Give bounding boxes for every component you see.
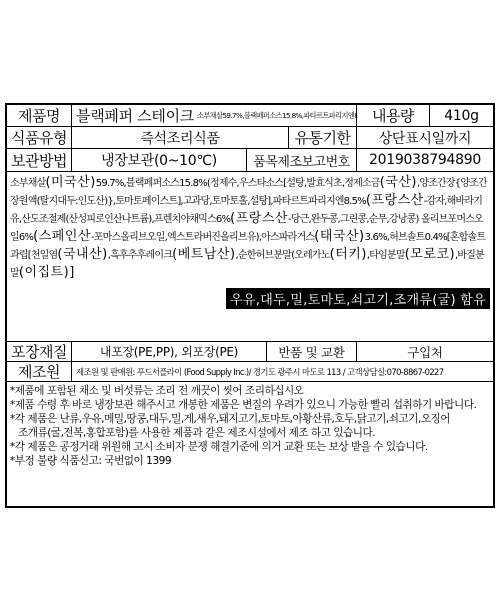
- ingredients-text: 소부채살(미국산)59.7%,블랙페퍼소스15.8%(정제수,우스타소스[설탕,…: [10, 174, 490, 282]
- storage-row: 보관방법 냉장보관(0~10℃) 품목제조보고번호 2019038794890: [7, 149, 493, 172]
- manufacturer-header: 제조원: [7, 362, 72, 381]
- packaging-row: 포장재질 내포장(PE,PP), 외포장(PE) 반품 및 교환 구입처: [7, 342, 493, 362]
- ingredient-origin: (프랑스산: [230, 211, 288, 226]
- storage-value: 냉장보관(0~10℃): [72, 149, 247, 171]
- manufacturer-row: 제조원 제조원 및 판매원: 푸드서플라이 (Food Supply Inc.)…: [7, 362, 493, 382]
- ingredient-segment: 소부채살: [10, 178, 45, 189]
- note-line: *제품 수령 후 바로 냉장보관 해주시고 개봉한 제품은 변질의 우려가 있으…: [10, 398, 490, 412]
- report-number-value: 2019038794890: [357, 149, 493, 171]
- ingredient-segment: 59.7%,블랙페퍼소스15.8%(정제수,우스타소스[설탕,발효식초,정제소금: [96, 178, 380, 189]
- notes-section: *제품에 포함된 채소 및 버섯류는 조리 전 깨끗이 씻어 조리하십시오 *제…: [7, 382, 493, 506]
- ingredient-origin: (모로코): [405, 247, 455, 262]
- packaging-value: 내포장(PE,PP), 외포장(PE): [72, 342, 267, 361]
- ingredient-segment: -포마스올리브오일,엑스트라버진올리브유),아스파라거스: [91, 232, 314, 243]
- food-type-row: 식품유형 즉석조리식품 유통기한 상단표시일까지: [7, 127, 493, 149]
- report-number-header: 품목제조보고번호: [247, 149, 357, 171]
- returns-header: 반품 및 교환: [267, 342, 357, 361]
- ingredient-origin: (터키): [330, 247, 367, 262]
- storage-header: 보관방법: [7, 149, 72, 171]
- note-line: *각 제품은 난류,우유,메밀,땅콩,대두,밀,게,새우,돼지고기,토마토,아황…: [10, 412, 490, 426]
- product-name: 블랙페퍼 스테이크: [76, 105, 194, 126]
- ingredient-origin: (미국산): [45, 175, 95, 190]
- food-type-value: 즉석조리식품: [72, 127, 289, 148]
- manufacturer-value: 제조원 및 판매원: 푸드서플라이 (Food Supply Inc.)/ 경기…: [72, 362, 493, 381]
- allergen-notice: 우유,대두,밀,토마토,쇠고기,조개류(굴) 함유: [226, 288, 490, 309]
- product-composition: 소부채살59.7%,블랙페퍼소스15.8%,파타르트파리지엔8.5%: [197, 111, 357, 121]
- ingredient-origin: (스페인산: [33, 229, 91, 244]
- ingredient-origin: (프랑스산: [366, 193, 424, 208]
- note-line: *제품에 포함된 채소 및 버섯류는 조리 전 깨끗이 씻어 조리하십시오: [10, 384, 490, 398]
- food-type-header: 식품유형: [7, 127, 72, 148]
- ingredients-section: 소부채살(미국산)59.7%,블랙페퍼소스15.8%(정제수,우스타소스[설탕,…: [7, 172, 493, 342]
- net-content-value: 410g: [430, 105, 493, 126]
- ingredient-origin: (태국산): [314, 229, 364, 244]
- returns-value: 구입처: [357, 342, 493, 361]
- expiry-value: 상단표시일까지: [357, 127, 493, 148]
- net-content-header: 내용량: [357, 105, 430, 126]
- packaging-header: 포장재질: [7, 342, 72, 361]
- product-name-row: 제품명 블랙페퍼 스테이크 소부채살59.7%,블랙페퍼소스15.8%,파타르트…: [7, 105, 493, 127]
- ingredient-origin: (베트남산): [172, 247, 235, 262]
- note-line: 조개류(굴,전복,홍합포함)를 사용한 제품과 같은 제조시설에서 제조 하고 …: [10, 426, 490, 440]
- expiry-header: 유통기한: [289, 127, 357, 148]
- nutrition-label-table: 제품명 블랙페퍼 스테이크 소부채살59.7%,블랙페퍼소스15.8%,파타르트…: [5, 103, 495, 508]
- ingredient-segment: ,흑후추후레이크: [108, 250, 172, 261]
- note-line: *각 제품은 공정거래 위원해 고시 소비자 분쟁 해결기준에 의거 교환 또는…: [10, 440, 490, 454]
- ingredient-origin: (국산): [380, 175, 417, 190]
- note-line: *부정 불량 식품신고: 국번없이 1399: [10, 454, 490, 468]
- ingredient-segment: ,순한허브분말(오레가노: [236, 250, 330, 261]
- ingredient-segment: ,타임분말: [367, 250, 405, 261]
- ingredient-origin: (이집트)]: [19, 265, 75, 280]
- product-name-cell: 블랙페퍼 스테이크 소부채살59.7%,블랙페퍼소스15.8%,파타르트파리지엔…: [72, 105, 357, 126]
- product-name-header: 제품명: [7, 105, 72, 126]
- ingredient-origin: (국내산): [57, 247, 107, 262]
